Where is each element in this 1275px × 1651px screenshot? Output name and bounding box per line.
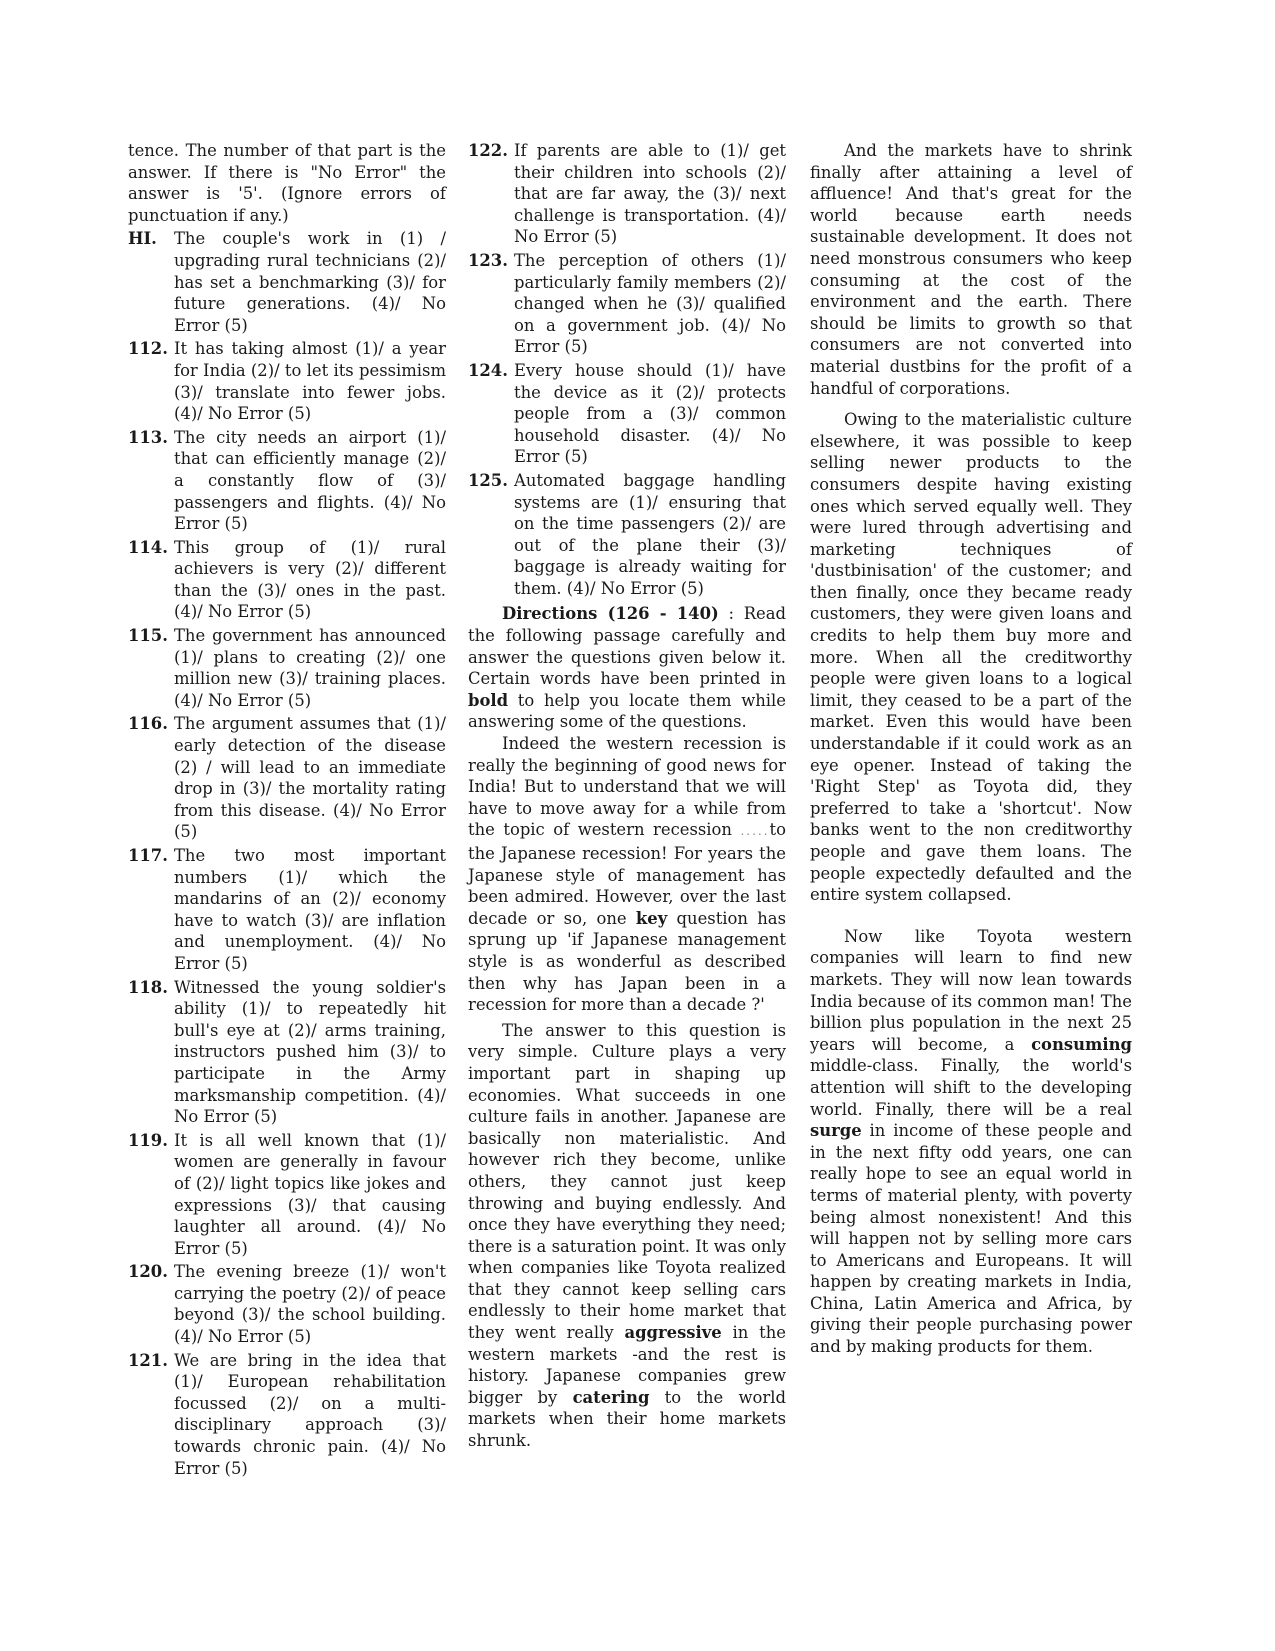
- question-number: 120.: [128, 1261, 168, 1283]
- question-item: 125.Automated baggage handling systems a…: [468, 470, 786, 600]
- question-item: 124.Every house should (1)/ have the dev…: [468, 360, 786, 468]
- question-item: 121.We are bring in the idea that (1)/ E…: [128, 1350, 446, 1480]
- paragraph-text: in income of these people and in the nex…: [810, 1121, 1132, 1356]
- passage-paragraph: Indeed the western recession is really t…: [468, 733, 786, 1016]
- column-3: And the markets have to shrink finally a…: [810, 140, 1132, 1358]
- bold-keyword: catering: [573, 1388, 650, 1407]
- question-item: 112.It has taking almost (1)/ a year for…: [128, 338, 446, 424]
- question-item: HI.The couple's work in (1) / upgrading …: [128, 228, 446, 336]
- directions-heading: Directions (126 - 140): [502, 604, 719, 623]
- question-text: The argument assumes that (1)/ early det…: [174, 714, 446, 841]
- question-text: Every house should (1)/ have the device …: [514, 361, 786, 466]
- question-item: 113.The city needs an airport (1)/ that …: [128, 427, 446, 535]
- question-item: 116.The argument assumes that (1)/ early…: [128, 713, 446, 843]
- question-item: 123.The perception of others (1)/ partic…: [468, 250, 786, 358]
- question-number: 121.: [128, 1350, 168, 1372]
- question-text: If parents are able to (1)/ get their ch…: [514, 141, 786, 246]
- question-number: 123.: [468, 250, 508, 272]
- question-number: 112.: [128, 338, 168, 360]
- paragraph-text: middle-class. Finally, the world's atten…: [810, 1056, 1132, 1118]
- bold-keyword: bold: [468, 691, 508, 710]
- question-number: 114.: [128, 537, 168, 559]
- bold-keyword: surge: [810, 1121, 862, 1140]
- question-number: 119.: [128, 1130, 168, 1152]
- directions-text: to help you locate them while answering …: [468, 691, 786, 732]
- question-number: 116.: [128, 713, 168, 735]
- question-item: 115.The government has announced (1)/ pl…: [128, 625, 446, 711]
- question-number: 118.: [128, 977, 168, 999]
- question-text: The evening breeze (1)/ won't carrying t…: [174, 1262, 446, 1346]
- passage-paragraph: Owing to the materialistic culture elsew…: [810, 409, 1132, 906]
- question-number: 115.: [128, 625, 168, 647]
- column-2: 122.If parents are able to (1)/ get thei…: [468, 140, 786, 1452]
- question-text: Witnessed the young soldier's ability (1…: [174, 978, 446, 1127]
- question-item: 122.If parents are able to (1)/ get thei…: [468, 140, 786, 248]
- question-number: 122.: [468, 140, 508, 162]
- question-number: 117.: [128, 845, 168, 867]
- question-text: The two most important numbers (1)/ whic…: [174, 846, 446, 973]
- question-item: 118.Witnessed the young soldier's abilit…: [128, 977, 446, 1128]
- question-text: We are bring in the idea that (1)/ Europ…: [174, 1351, 446, 1478]
- question-item: 114.This group of (1)/ rural achievers i…: [128, 537, 446, 623]
- question-text: Automated baggage handling systems are (…: [514, 471, 786, 598]
- question-text: The perception of others (1)/ particular…: [514, 251, 786, 356]
- question-text: The government has announced (1)/ plans …: [174, 626, 446, 710]
- paragraph-text: The answer to this question is very simp…: [468, 1021, 786, 1342]
- paragraph-text: Indeed the western recession is really t…: [468, 734, 786, 839]
- question-text: The city needs an airport (1)/ that can …: [174, 428, 446, 533]
- question-item: 120.The evening breeze (1)/ won't carryi…: [128, 1261, 446, 1347]
- bold-keyword: consuming: [1031, 1035, 1132, 1054]
- instructions-continued: tence. The number of that part is the an…: [128, 140, 446, 226]
- question-item: 117.The two most important numbers (1)/ …: [128, 845, 446, 975]
- question-text: It is all well known that (1)/ women are…: [174, 1131, 446, 1258]
- question-text: This group of (1)/ rural achievers is ve…: [174, 538, 446, 622]
- question-number: 113.: [128, 427, 168, 449]
- question-number: 125.: [468, 470, 508, 492]
- passage-paragraph: The answer to this question is very simp…: [468, 1020, 786, 1452]
- question-text: It has taking almost (1)/ a year for Ind…: [174, 339, 446, 423]
- bold-keyword: key: [636, 909, 667, 928]
- passage-paragraph: And the markets have to shrink finally a…: [810, 140, 1132, 399]
- column-1: tence. The number of that part is the an…: [128, 140, 446, 1481]
- blank-dots: .....: [740, 824, 769, 838]
- bold-keyword: aggressive: [624, 1323, 721, 1342]
- document-page: tence. The number of that part is the an…: [0, 0, 1275, 1651]
- question-text: The couple's work in (1) / upgrading rur…: [174, 229, 446, 334]
- question-number: HI.: [128, 228, 157, 250]
- passage-paragraph: Now like Toyota western companies will l…: [810, 926, 1132, 1358]
- question-item: 119.It is all well known that (1)/ women…: [128, 1130, 446, 1260]
- question-number: 124.: [468, 360, 508, 382]
- passage-directions: Directions (126 - 140) : Read the follow…: [468, 603, 786, 733]
